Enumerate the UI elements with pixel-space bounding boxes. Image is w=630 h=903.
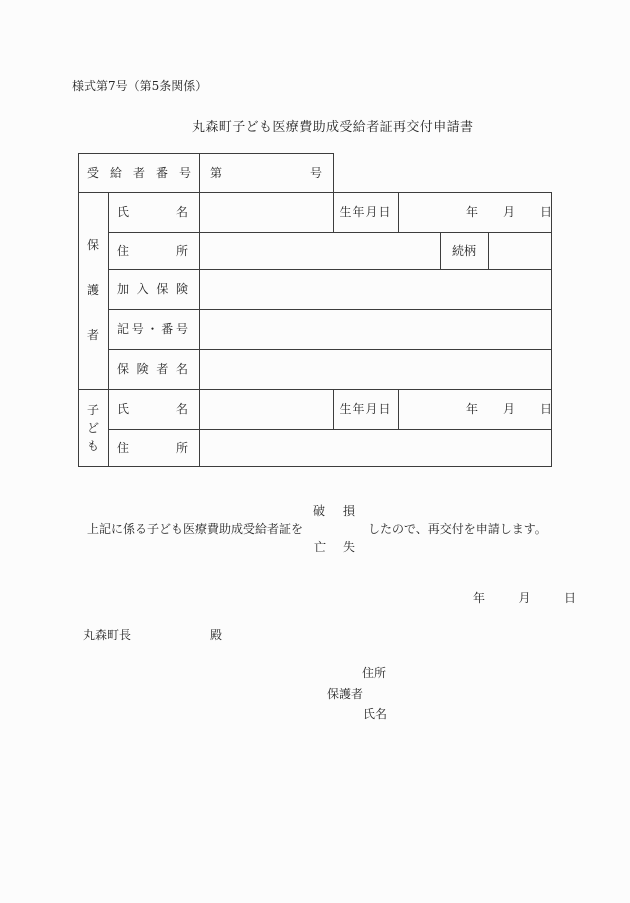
- child-address-field[interactable]: [200, 430, 551, 466]
- relation-label: 続柄: [440, 232, 488, 269]
- application-table: 受給者番号 第 号 保 護 者 氏名 生年月日 年月日 住所 続柄 加入保険 記…: [78, 153, 552, 467]
- guardian-address-label: 住所: [117, 232, 188, 269]
- form-number: 様式第7号（第5条関係）: [72, 79, 207, 93]
- child-birth-label: 生年月日: [333, 389, 398, 429]
- child-birthdate-units: 年月日: [466, 389, 552, 429]
- table-border-line: [108, 192, 109, 467]
- recipient-number-label: 受給者番号: [87, 153, 191, 192]
- signature-name-label: 氏名: [363, 707, 387, 721]
- insurance-field[interactable]: [200, 270, 551, 309]
- addressee-honorific: 殿: [210, 628, 222, 642]
- addressee: 丸森町長: [83, 628, 131, 642]
- relation-field[interactable]: [489, 233, 551, 269]
- signature-address-label: 住所: [362, 666, 386, 680]
- form-page: { "page": { "form_number": "様式第7号（第5条関係）…: [0, 0, 630, 903]
- option-damaged[interactable]: 破損: [313, 504, 355, 518]
- insurance-label: 加入保険: [117, 269, 188, 309]
- guardian-address-field[interactable]: [200, 233, 440, 269]
- recipient-number-field[interactable]: 第 号: [210, 153, 322, 192]
- guardian-birth-label: 生年月日: [333, 192, 398, 232]
- insurer-name-label: 保険者名: [117, 349, 188, 389]
- recipient-number-suffix: 号: [310, 166, 322, 180]
- symbol-number-field[interactable]: [200, 310, 551, 349]
- child-name-field[interactable]: [200, 390, 333, 429]
- guardian-birthdate-units: 年月日: [466, 192, 552, 232]
- child-group-label: 子 ど も: [78, 389, 108, 466]
- child-address-label: 住所: [117, 429, 188, 467]
- symbol-number-label: 記号・番号: [117, 309, 188, 349]
- option-lost[interactable]: 亡失: [314, 540, 355, 554]
- statement-before: 上記に係る子ども医療費助成受給者証を: [87, 522, 303, 536]
- guardian-name-field[interactable]: [200, 193, 333, 232]
- recipient-number-prefix: 第: [210, 166, 222, 180]
- page-title: 丸森町子ども医療費助成受給者証再交付申請書: [192, 116, 473, 135]
- insurer-name-field[interactable]: [200, 350, 551, 389]
- guardian-group-label: 保 護 者: [78, 192, 108, 389]
- signature-guardian-label: 保護者: [327, 687, 363, 701]
- application-date-units: 年月日: [473, 591, 576, 605]
- statement-after: したので、再交付を申請します。: [368, 522, 547, 536]
- guardian-name-label: 氏名: [117, 192, 188, 232]
- child-name-label: 氏名: [117, 389, 188, 429]
